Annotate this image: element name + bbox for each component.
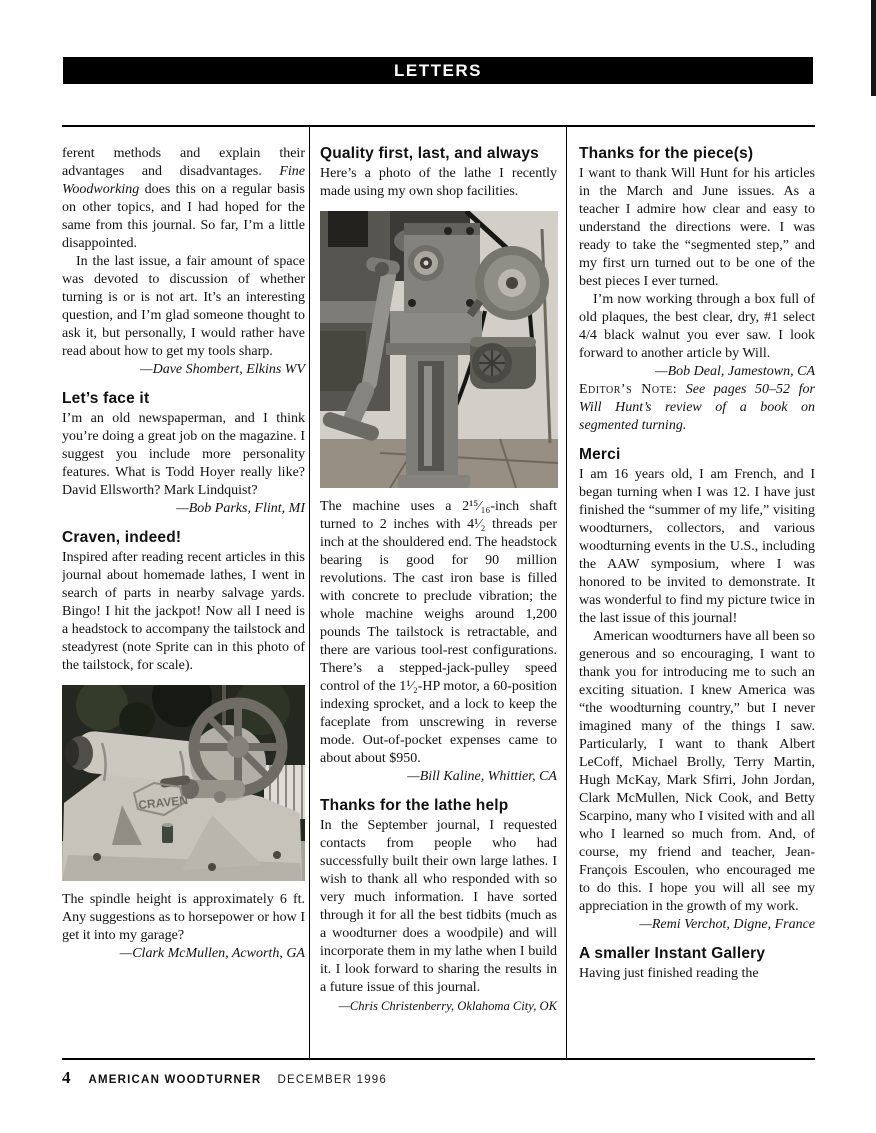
letter-paragraph: American woodturners have all been so ge… [579, 628, 815, 916]
letter-heading: Thanks for the lathe help [320, 797, 557, 815]
letter-heading: A smaller Instant Gallery [579, 945, 815, 963]
sprite-can [162, 823, 173, 843]
magazine-title: AMERICAN WOODTURNER [89, 1074, 262, 1086]
letter-paragraph: I am 16 years old, I am French, and I be… [579, 466, 815, 628]
electric-motor [470, 337, 536, 389]
letter-paragraph: Having just finished reading the [579, 965, 815, 983]
column-3: Thanks for the piece(s) I want to thank … [566, 127, 815, 1058]
letter-heading: Let’s face it [62, 390, 305, 408]
paragraph-text: ferent methods and explain their advanta… [62, 146, 305, 179]
editors-note: Editor’s Note: See pages 50–52 for Will … [579, 381, 815, 435]
column-1: ferent methods and explain their advanta… [62, 127, 309, 1058]
letter-paragraph: ferent methods and explain their advanta… [62, 145, 305, 253]
letter-heading: Quality first, last, and always [320, 145, 557, 163]
tailstock-photo: CRAVEN [62, 685, 305, 881]
letter-signature: —Chris Christenberry, Oklahoma City, OK [320, 997, 557, 1015]
page-title: LETTERS [394, 61, 482, 81]
letter-heading: Craven, indeed! [62, 529, 305, 547]
issue-date: DECEMBER 1996 [277, 1074, 387, 1086]
letters-header-bar: LETTERS [63, 57, 813, 84]
page-footer: 4 AMERICAN WOODTURNER DECEMBER 1996 [62, 1068, 814, 1088]
column-2: Quality first, last, and always Here’s a… [309, 127, 566, 1058]
letter-heading: Thanks for the piece(s) [579, 145, 815, 163]
letter-signature: —Bob Parks, Flint, MI [62, 500, 305, 518]
letters-columns: ferent methods and explain their advanta… [62, 125, 815, 1060]
letter-signature: —Remi Verchot, Digne, France [579, 916, 815, 934]
letter-paragraph: Inspired after reading recent articles i… [62, 549, 305, 675]
letter-signature: —Clark McMullen, Acworth, GA [62, 945, 305, 963]
letter-signature: —Bob Deal, Jamestown, CA [579, 363, 815, 381]
letter-paragraph: I’m an old newspaperman, and I think you… [62, 410, 305, 500]
letter-heading: Merci [579, 446, 815, 464]
page-number: 4 [62, 1068, 71, 1088]
letter-signature: —Dave Shombert, Elkins WV [62, 361, 305, 379]
letter-paragraph: The machine uses a 2¹⁵⁄₁₆-inch shaft tur… [320, 498, 557, 768]
letter-signature: —Bill Kaline, Whittier, CA [320, 768, 557, 786]
letter-paragraph: The spindle height is approximately 6 ft… [62, 891, 305, 945]
letter-paragraph: Here’s a photo of the lathe I recently m… [320, 165, 557, 201]
scan-artifact [871, 0, 876, 96]
letter-paragraph: In the last issue, a fair amount of spac… [62, 253, 305, 361]
lathe-photo [320, 211, 557, 488]
letter-paragraph: In the September journal, I requested co… [320, 817, 557, 997]
letter-paragraph: I want to thank Will Hunt for his articl… [579, 165, 815, 291]
editors-note-label: Editor’s Note: [579, 382, 677, 397]
letter-paragraph: I’m now working through a box full of ol… [579, 291, 815, 363]
headstock-spindle [408, 245, 444, 281]
